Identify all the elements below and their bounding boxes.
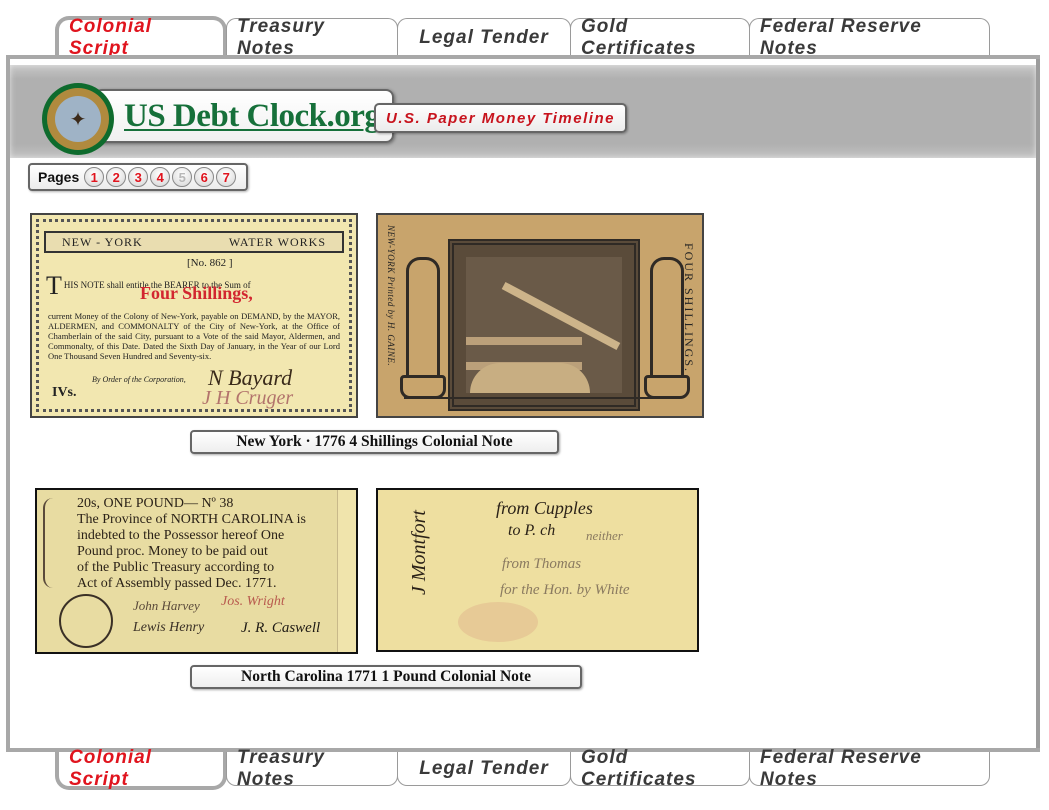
ny-note-caption: New York · 1776 4 Shillings Colonial Not… bbox=[190, 430, 559, 454]
nc-note-caption: North Carolina 1771 1 Pound Colonial Not… bbox=[190, 665, 582, 689]
pagination: Pages 1 2 3 4 5 6 7 bbox=[28, 163, 248, 191]
tab-gold-certificates[interactable]: Gold Certificates bbox=[570, 18, 750, 56]
page-subtitle: U.S. Paper Money Timeline bbox=[386, 110, 615, 127]
note-amount: Four Shillings, bbox=[140, 283, 253, 304]
handwritten-line: for the Hon. by White bbox=[500, 582, 630, 599]
urn-right-icon bbox=[644, 375, 690, 399]
note-line: The Province of NORTH CAROLINA is bbox=[77, 512, 342, 528]
note-line: Pound proc. Money to be paid out bbox=[77, 544, 342, 560]
tab-legal-tender[interactable]: Legal Tender bbox=[397, 752, 571, 786]
handwritten-line: from Cupples bbox=[496, 498, 593, 519]
waterworks-engraving bbox=[448, 239, 640, 411]
urn-left-icon bbox=[400, 375, 446, 399]
page-2-button[interactable]: 2 bbox=[106, 167, 126, 187]
page-5-button-current: 5 bbox=[172, 167, 192, 187]
page-3-button[interactable]: 3 bbox=[128, 167, 148, 187]
tab-legal-tender[interactable]: Legal Tender bbox=[397, 18, 571, 56]
handwritten-line: to P. ch bbox=[508, 522, 555, 540]
tab-federal-reserve-notes[interactable]: Federal Reserve Notes bbox=[749, 752, 990, 786]
signature: J. R. Caswell bbox=[241, 620, 320, 637]
us-seal-eagle-icon: ✦ bbox=[42, 83, 114, 155]
handwritten-line: neither bbox=[586, 528, 623, 544]
column-right-icon bbox=[650, 257, 684, 380]
tab-treasury-notes[interactable]: Treasury Notes bbox=[226, 18, 398, 56]
pagination-label: Pages bbox=[38, 169, 79, 185]
note-denomination: IVs. bbox=[52, 385, 77, 401]
signature: Jos. Wright bbox=[221, 594, 285, 610]
banner-right-text: WATER WORKS bbox=[229, 235, 326, 250]
note-banner: NEW - YORK WATER WORKS bbox=[44, 231, 344, 253]
ny-note-front-image: NEW - YORK WATER WORKS [No. 862 ] THIS N… bbox=[30, 213, 358, 418]
signature: Lewis Henry bbox=[133, 620, 204, 636]
site-logo[interactable]: ✦ US Debt Clock.org bbox=[42, 85, 394, 147]
top-tab-bar: Colonial Script Treasury Notes Legal Ten… bbox=[55, 18, 989, 56]
nc-note-back-image: J Montfort from Cupples to P. ch neither… bbox=[376, 488, 699, 652]
scroll-ornament-icon bbox=[43, 498, 67, 588]
page-4-button[interactable]: 4 bbox=[150, 167, 170, 187]
note-body: current Money of the Colony of New-York,… bbox=[48, 311, 340, 361]
note-line: 20s, ONE POUND— Nº 38 bbox=[77, 496, 342, 512]
nc-note-front-image: 20s, ONE POUND— Nº 38 The Province of NO… bbox=[35, 488, 358, 654]
note-order-line: By Order of the Corporation, bbox=[92, 375, 186, 384]
logo-text[interactable]: US Debt Clock.org bbox=[124, 98, 380, 135]
handwritten-line: from Thomas bbox=[502, 556, 581, 573]
note-line: of the Public Treasury according to bbox=[77, 560, 342, 576]
tab-colonial-script[interactable]: Colonial Script bbox=[55, 16, 227, 56]
note-text: 20s, ONE POUND— Nº 38 The Province of NO… bbox=[77, 496, 342, 592]
page-1-button[interactable]: 1 bbox=[84, 167, 104, 187]
note-line: Act of Assembly passed Dec. 1771. bbox=[77, 576, 342, 592]
drop-cap: T bbox=[46, 271, 62, 300]
signature: John Harvey bbox=[133, 598, 200, 614]
note-line: indebted to the Possessor hereof One bbox=[77, 528, 342, 544]
tab-federal-reserve-notes[interactable]: Federal Reserve Notes bbox=[749, 18, 990, 56]
logo-box: US Debt Clock.org bbox=[94, 89, 394, 143]
ny-note-back-image: NEW-YORK Printed by H. GAINE. FOUR SHILL… bbox=[376, 213, 704, 418]
handwritten-endorsement: J Montfort bbox=[408, 510, 431, 595]
bottom-tab-bar: Colonial Script Treasury Notes Legal Ten… bbox=[55, 752, 989, 790]
signature: J H Cruger bbox=[202, 387, 293, 410]
tab-gold-certificates[interactable]: Gold Certificates bbox=[570, 752, 750, 786]
subtitle-box: U.S. Paper Money Timeline bbox=[374, 103, 627, 133]
header-band: ✦ US Debt Clock.org U.S. Paper Money Tim… bbox=[10, 65, 1036, 158]
seal-icon bbox=[59, 594, 113, 648]
page-6-button[interactable]: 6 bbox=[194, 167, 214, 187]
banner-left-text: NEW - YORK bbox=[62, 235, 143, 250]
printer-imprint: NEW-YORK Printed by H. GAINE. bbox=[386, 225, 396, 366]
note-number: [No. 862 ] bbox=[187, 257, 233, 269]
page-7-button[interactable]: 7 bbox=[216, 167, 236, 187]
column-left-icon bbox=[406, 257, 440, 380]
denomination-vertical: FOUR SHILLINGS. bbox=[681, 243, 696, 373]
tab-treasury-notes[interactable]: Treasury Notes bbox=[226, 752, 398, 786]
tab-colonial-script[interactable]: Colonial Script bbox=[55, 752, 227, 790]
